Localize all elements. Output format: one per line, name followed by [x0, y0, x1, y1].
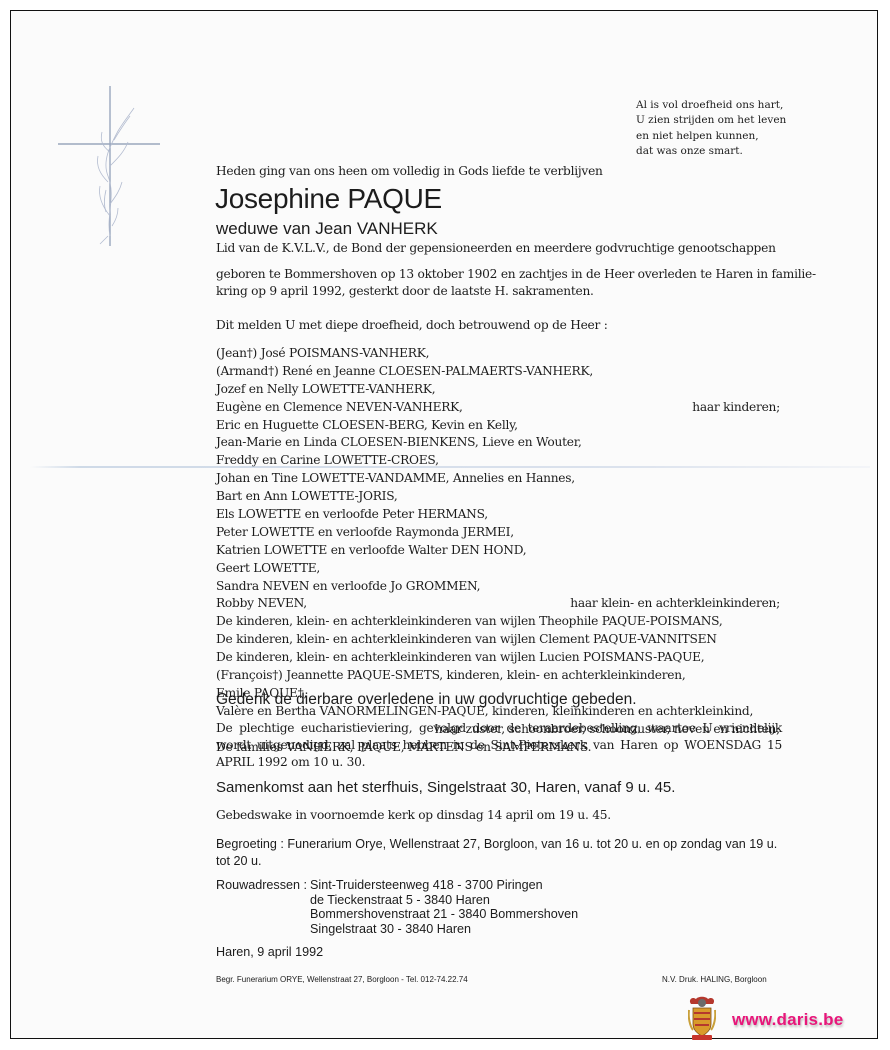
footer-printer: N.V. Druk. HALING, Borgloon: [662, 975, 767, 984]
announcement: Dit melden U met diepe droefheid, doch b…: [216, 318, 608, 332]
birth-death-line: kring op 9 april 1992, gesterkt door de …: [216, 283, 816, 300]
relative-line: Jean-Marie en Linda CLOESEN-BIENKENS, Li…: [216, 434, 780, 452]
mourning-addresses: Rouwadressen :Sint-Truidersteenweg 418 -…: [216, 878, 578, 936]
relative-line: (Armand†) René en Jeanne CLOESEN-PALMAER…: [216, 363, 780, 381]
relative-name: Eugène en Clemence NEVEN-VANHERK,: [216, 400, 463, 414]
relative-line: Johan en Tine LOWETTE-VANDAMME, Annelies…: [216, 470, 780, 488]
relative-name: (Jean†) José POISMANS-VANHERK,: [216, 346, 429, 360]
relative-line: Katrien LOWETTE en verloofde Walter DEN …: [216, 542, 780, 560]
widow-of: weduwe van Jean VANHERK: [216, 219, 438, 239]
relative-line: (François†) Jeannette PAQUE-SMETS, kinde…: [216, 667, 780, 685]
birth-death-info: geboren te Bommershoven op 13 oktober 19…: [216, 266, 816, 300]
poem-line: Al is vol droefheid ons hart,: [636, 98, 786, 113]
relative-line: De kinderen, klein- en achterkleinkinder…: [216, 613, 780, 631]
relative-name: Sandra NEVEN en verloofde Jo GROMMEN,: [216, 579, 480, 593]
relative-line: De kinderen, klein- en achterkleinkinder…: [216, 631, 780, 649]
address-item: Sint-Truidersteenweg 418 - 3700 Piringen: [310, 878, 543, 892]
relative-name: Jean-Marie en Linda CLOESEN-BIENKENS, Li…: [216, 435, 582, 449]
watermark-text[interactable]: www.daris.be: [732, 1010, 843, 1030]
addresses-label: Rouwadressen :: [216, 878, 310, 893]
relative-line: Bart en Ann LOWETTE-JORIS,: [216, 488, 780, 506]
relative-line: Els LOWETTE en verloofde Peter HERMANS,: [216, 506, 780, 524]
relative-name: Els LOWETTE en verloofde Peter HERMANS,: [216, 507, 488, 521]
greeting-info: Begroeting : Funerarium Orye, Wellenstra…: [216, 836, 782, 870]
relative-name: Eric en Huguette CLOESEN-BERG, Kevin en …: [216, 418, 518, 432]
intro-text: Heden ging van ons heen om volledig in G…: [216, 164, 603, 178]
coat-of-arms-icon: [688, 996, 716, 1040]
relative-line: Eugène en Clemence NEVEN-VANHERK,haar ki…: [216, 399, 780, 417]
poem: Al is vol droefheid ons hart, U zien str…: [636, 98, 786, 159]
relative-name: Geert LOWETTE,: [216, 561, 320, 575]
relative-line: Robby NEVEN,haar klein- en achterkleinki…: [216, 595, 780, 613]
poem-line: dat was onze smart.: [636, 144, 786, 159]
relative-name: Bart en Ann LOWETTE-JORIS,: [216, 489, 398, 503]
relative-name: De kinderen, klein- en achterkleinkinder…: [216, 614, 722, 628]
membership: Lid van de K.V.L.V., de Bond der gepensi…: [216, 241, 776, 255]
relative-name: De kinderen, klein- en achterkleinkinder…: [216, 650, 704, 664]
address-item: Bommershovenstraat 21 - 3840 Bommershove…: [216, 907, 578, 922]
relative-name: Johan en Tine LOWETTE-VANDAMME, Annelies…: [216, 471, 575, 485]
relationship-label: haar klein- en achterkleinkinderen;: [570, 595, 780, 613]
relative-name: De kinderen, klein- en achterkleinkinder…: [216, 632, 717, 646]
scan-artifact-line: [30, 466, 870, 468]
relative-line: Eric en Huguette CLOESEN-BERG, Kevin en …: [216, 417, 780, 435]
relationship-label: haar kinderen;: [692, 399, 780, 417]
gathering-info: Samenkomst aan het sterfhuis, Singelstra…: [216, 779, 675, 796]
cross-with-branch-icon: [58, 86, 162, 246]
relative-name: (Armand†) René en Jeanne CLOESEN-PALMAER…: [216, 364, 593, 378]
watermark[interactable]: www.daris.be: [686, 996, 876, 1040]
relative-line: (Jean†) José POISMANS-VANHERK,: [216, 345, 780, 363]
mass-info: De plechtige eucharistieviering, gevolgd…: [216, 720, 782, 771]
address-item: de Tieckenstraat 5 - 3840 Haren: [216, 893, 578, 908]
footer-funerarium: Begr. Funerarium ORYE, Wellenstraat 27, …: [216, 975, 468, 984]
poem-line: U zien strijden om het leven: [636, 113, 786, 128]
relative-name: Peter LOWETTE en verloofde Raymonda JERM…: [216, 525, 514, 539]
relative-name: Jozef en Nelly LOWETTE-VANHERK,: [216, 382, 435, 396]
vigil-info: Gebedswake in voornoemde kerk op dinsdag…: [216, 808, 611, 822]
relative-line: Jozef en Nelly LOWETTE-VANHERK,: [216, 381, 780, 399]
birth-death-line: geboren te Bommershoven op 13 oktober 19…: [216, 266, 816, 283]
relative-line: Peter LOWETTE en verloofde Raymonda JERM…: [216, 524, 780, 542]
relative-line: De kinderen, klein- en achterkleinkinder…: [216, 649, 780, 667]
remember-text: Gedenk de dierbare overledene in uw godv…: [216, 691, 637, 709]
place-date: Haren, 9 april 1992: [216, 945, 323, 959]
poem-line: en niet helpen kunnen,: [636, 129, 786, 144]
address-item: Singelstraat 30 - 3840 Haren: [216, 922, 578, 937]
relative-name: (François†) Jeannette PAQUE-SMETS, kinde…: [216, 668, 685, 682]
deceased-name: Josephine PAQUE: [215, 183, 442, 215]
relative-name: Robby NEVEN,: [216, 596, 307, 610]
relative-name: Katrien LOWETTE en verloofde Walter DEN …: [216, 543, 526, 557]
relative-line: Geert LOWETTE,: [216, 560, 780, 578]
relative-line: Sandra NEVEN en verloofde Jo GROMMEN,: [216, 578, 780, 596]
